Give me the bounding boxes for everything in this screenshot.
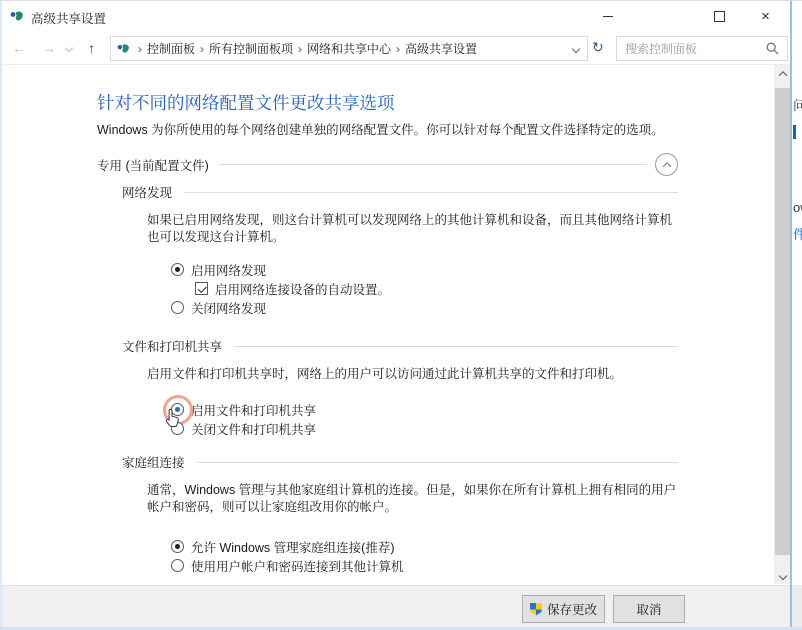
breadcrumb-all-items[interactable]: 所有控制面板项 [209,40,293,57]
page-title: 针对不同的网络配置文件更改共享选项 [97,92,774,115]
advanced-sharing-window: 高级共享设置 × ← → ↑ › 控制面板 › 所有控制面板项 › 网络和共享中… [0,0,802,630]
profile-label: 专用 (当前配置文件) [97,156,209,174]
address-bar[interactable]: › 控制面板 › 所有控制面板项 › 网络和共享中心 › 高级共享设置 [110,36,588,61]
radio-enable-network-discovery[interactable]: 启用网络发现 [171,260,774,279]
scroll-up-button[interactable] [774,65,791,82]
breadcrumb-network-sharing-center[interactable]: 网络和共享中心 [307,40,391,57]
breadcrumb-separator: › [391,42,405,56]
close-icon: × [761,9,770,24]
radio-icon [171,403,184,416]
radio-use-user-accounts[interactable]: 使用用户帐户和密码连接到其他计算机 [171,556,774,575]
homegroup-description: 通常，Windows 管理与其他家庭组计算机的连接。但是，如果你在所有计算机上拥… [147,482,681,516]
uac-shield-icon [530,603,542,616]
divider [197,462,678,463]
radio-icon [171,422,184,435]
checkbox-auto-setup-devices[interactable]: 启用网络连接设备的自动设置。 [195,279,774,298]
clipped-text-fragment: 件 [793,224,802,243]
network-share-icon [10,10,25,23]
radio-disable-network-discovery[interactable]: 关闭网络发现 [171,298,774,317]
cancel-button[interactable]: 取消 [613,595,685,623]
checkbox-icon [195,282,208,295]
navigation-bar: ← → ↑ › 控制面板 › 所有控制面板项 › 网络和共享中心 › 高级共享设… [0,32,802,65]
homegroup-title: 家庭组连接 [122,453,185,471]
breadcrumb-separator: › [133,42,147,56]
divider [234,346,678,347]
search-box [616,36,788,61]
titlebar: 高级共享设置 × [0,1,802,32]
content-area: 针对不同的网络配置文件更改共享选项 Windows 为你所使用的每个网络创建单独… [0,65,774,584]
radio-icon [171,559,184,572]
network-discovery-description: 如果已启用网络发现，则这台计算机可以发现网络上的其他计算机和设备，而且其他网络计… [147,212,681,246]
maximize-button[interactable] [697,1,742,31]
address-dropdown-chevron-icon[interactable] [572,44,580,52]
collapse-profile-button[interactable] [655,153,678,176]
network-discovery-header: 网络发现 [122,183,678,201]
save-changes-button[interactable]: 保存更改 [522,595,605,623]
breadcrumb-advanced-sharing[interactable]: 高级共享设置 [405,40,477,57]
radio-allow-windows-manage-homegroup[interactable]: 允许 Windows 管理家庭组连接(推荐) [171,537,774,556]
recent-pages-chevron-icon[interactable] [65,44,73,52]
back-button[interactable]: ← [12,39,26,57]
window-left-border [0,1,2,630]
up-button[interactable]: ↑ [88,39,95,57]
clipped-text-fragment: 问 [793,95,802,114]
forward-button[interactable]: → [42,39,56,57]
radio-disable-file-printer-sharing[interactable]: 关闭文件和打印机共享 [171,419,774,438]
chevron-up-icon [778,71,786,79]
background-window-sliver: 问 ow 件 [792,1,802,630]
scrollbar-thumb[interactable] [775,88,790,555]
footer-bar: 保存更改 取消 [0,585,791,628]
minimize-button[interactable] [585,1,630,31]
close-button[interactable]: × [743,1,788,31]
chevron-up-icon [662,162,670,170]
refresh-button[interactable]: ↻ [592,39,604,56]
search-icon[interactable] [766,42,779,55]
clipped-text-fragment: ow [793,200,802,215]
clipped-footer-fragment [792,585,802,628]
file-printer-sharing-title: 文件和打印机共享 [122,337,222,355]
network-discovery-title: 网络发现 [122,183,172,201]
radio-icon [171,301,184,314]
search-input[interactable] [617,42,766,56]
address-app-icon [117,43,131,55]
file-printer-sharing-header: 文件和打印机共享 [122,337,678,355]
divider [184,192,678,193]
file-printer-sharing-description: 启用文件和打印机共享时，网络上的用户可以访问通过此计算机共享的文件和打印机。 [147,366,681,383]
clipped-text-fragment [793,125,796,139]
maximize-icon [714,11,725,22]
divider [219,164,647,165]
window-title: 高级共享设置 [31,9,106,27]
breadcrumb-separator: › [293,42,307,56]
radio-icon [171,263,184,276]
vertical-scrollbar[interactable] [774,65,791,584]
scroll-down-button[interactable] [774,567,791,584]
page-intro: Windows 为你所使用的每个网络创建单独的网络配置文件。你可以针对每个配置文… [97,122,774,139]
breadcrumb-separator: › [195,42,209,56]
radio-icon [171,540,184,553]
profile-section-header: 专用 (当前配置文件) [97,154,678,175]
breadcrumb-control-panel[interactable]: 控制面板 [147,40,195,57]
radio-enable-file-printer-sharing[interactable]: 启用文件和打印机共享 [171,400,774,419]
minimize-icon [603,16,613,17]
chevron-down-icon [778,571,786,579]
homegroup-header: 家庭组连接 [122,453,678,471]
